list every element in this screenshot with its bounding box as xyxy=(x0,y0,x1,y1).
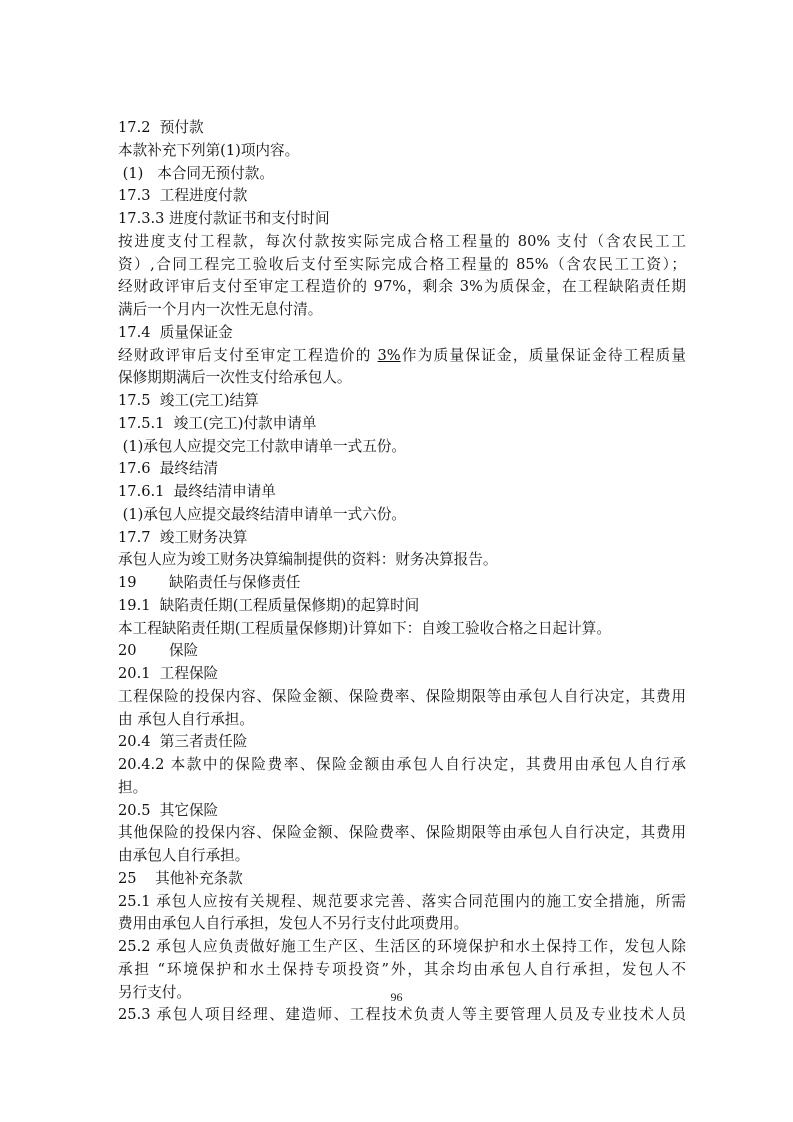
paragraph-line: 25.1 承包人应按有关规程、规范要求完善、落实合同范围内的施工安全措施，所需 xyxy=(118,891,686,914)
paragraph-line: 承包人应为竣工财务决算编制提供的资料：财务决算报告。 xyxy=(118,549,686,572)
paragraph-line: 经财政评审后支付至审定工程造价的 97%，剩余 3%为质保金，在工程缺陷责任期 xyxy=(118,276,686,299)
chapter-heading-20: 20 保险 xyxy=(118,640,686,663)
paragraph-line: 保修期期满后一次性支付给承包人。 xyxy=(118,367,686,390)
paragraph-line: 担。 xyxy=(118,777,686,800)
paragraph-line: 20.4.2 本款中的保险费率、保险金额由承包人自行决定，其费用由承包人自行承 xyxy=(118,754,686,777)
section-heading-19-1: 19.1 缺陷责任期(工程质量保修期)的起算时间 xyxy=(118,595,686,618)
paragraph-line: 25.3 承包人项目经理、建造师、工程技术负责人等主要管理人员及专业技术人员 xyxy=(118,1004,686,1027)
text-span: 经财政评审后支付至审定工程造价的 xyxy=(118,347,378,364)
text-span: 作为质量保证金，质量保证金待工程质量 xyxy=(401,347,686,364)
section-heading-17-7: 17.7 竣工财务决算 xyxy=(118,527,686,550)
list-item: (1)承包人应提交最终结清申请单一式六份。 xyxy=(118,504,686,527)
paragraph-line: 按进度支付工程款，每次付款按实际完成合格工程量的 80% 支付（含农民工工 xyxy=(118,231,686,254)
paragraph-line: 其他保险的投保内容、保险金额、保险费率、保险期限等由承包人自行决定，其费用 xyxy=(118,822,686,845)
subsection-heading-17-5-1: 17.5.1 竣工(完工)付款申请单 xyxy=(118,413,686,436)
paragraph: 本款补充下列第(1)项内容。 xyxy=(118,140,686,163)
chapter-heading-25: 25 其他补充条款 xyxy=(118,868,686,891)
subsection-heading-17-6-1: 17.6.1 最终结清申请单 xyxy=(118,481,686,504)
section-heading-17-3: 17.3 工程进度付款 xyxy=(118,185,686,208)
paragraph-line: 25.2 承包人应负责做好施工生产区、生活区的环境保护和水土保持工作，发包人除 xyxy=(118,936,686,959)
paragraph-line: 本工程缺陷责任期(工程质量保修期)计算如下：自竣工验收合格之日起计算。 xyxy=(118,618,686,641)
paragraph-line: 满后一个月内一次性无息付清。 xyxy=(118,299,686,322)
paragraph-line: 经财政评审后支付至审定工程造价的 3%作为质量保证金，质量保证金待工程质量 xyxy=(118,345,686,368)
page-number: 96 xyxy=(0,990,793,1005)
chapter-heading-19: 19 缺陷责任与保修责任 xyxy=(118,572,686,595)
section-heading-20-4: 20.4 第三者责任险 xyxy=(118,731,686,754)
paragraph-line: 资）,合同工程完工验收后支付至实际完成合格工程量的 85%（含农民工工资）； xyxy=(118,254,686,277)
section-heading-20-5: 20.5 其它保险 xyxy=(118,800,686,823)
document-page: 17.2 预付款 本款补充下列第(1)项内容。 (1) 本合同无预付款。 17.… xyxy=(118,117,686,1027)
list-item: (1) 本合同无预付款。 xyxy=(118,163,686,186)
list-item: (1)承包人应提交完工付款申请单一式五份。 xyxy=(118,436,686,459)
paragraph-line: 承担 “环境保护和水土保持专项投资”外，其余均由承包人自行承担，发包人不 xyxy=(118,959,686,982)
paragraph-line: 由承包人自行承担。 xyxy=(118,845,686,868)
section-heading-17-4: 17.4 质量保证金 xyxy=(118,322,686,345)
section-heading-20-1: 20.1 工程保险 xyxy=(118,663,686,686)
subsection-heading-17-3-3: 17.3.3 进度付款证书和支付时间 xyxy=(118,208,686,231)
paragraph-line: 由 承包人自行承担。 xyxy=(118,709,686,732)
section-heading-17-2: 17.2 预付款 xyxy=(118,117,686,140)
section-heading-17-6: 17.6 最终结清 xyxy=(118,458,686,481)
paragraph-line: 工程保险的投保内容、保险金额、保险费率、保险期限等由承包人自行决定，其费用 xyxy=(118,686,686,709)
underlined-percentage: 3% xyxy=(378,347,401,364)
paragraph-line: 费用由承包人自行承担，发包人不另行支付此项费用。 xyxy=(118,913,686,936)
section-heading-17-5: 17.5 竣工(完工)结算 xyxy=(118,390,686,413)
